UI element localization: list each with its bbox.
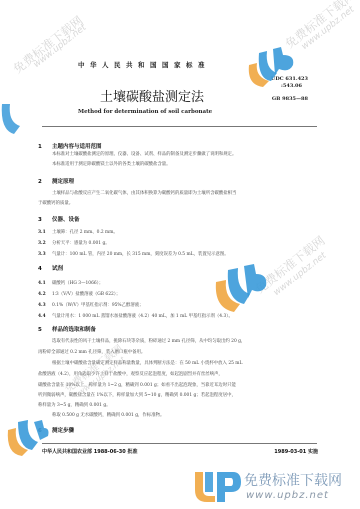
watermark-site-url: www.upbz.net [246,490,329,501]
section-1-heading: 1主题内容与适用范围 [38,142,102,150]
section-5-para: 盐酸溶液（4.2），用角匙取少许土样于盐酸中，观察反应起泡程度，如起泡剧烈并有丝… [38,373,223,377]
gb-number: GB 9835—88 [272,96,308,102]
up-logo-icon [193,468,243,504]
list-item: 4.30.1%（W/V）甲基红指示剂：95%乙醇溶液； [38,302,144,308]
list-item: 3.3气量计：100 mL 管，内径 20 mm，长 315 mm，刻度误差为 … [38,251,229,257]
list-item: 4.1碳酸钙（HG 3—1066）； [38,280,103,286]
section-5-para: 选取有代表性的风干土壤样品，挑除石块等杂质，粉碎通过 2 mm 孔径筛，从中均匀… [52,340,245,344]
document-page: 中华人民共和国国家标准 土壤碳酸盐测定法 Method for determin… [0,0,360,509]
list-item: 3.2分析天平：感量为 0.001 g。 [38,240,110,246]
up-logo-icon [0,100,24,140]
document-title-cn: 土壤碳酸盐测定法 [100,86,204,105]
section-5-para: 称取 0.500 g 无水碳酸钙，精确到 0.001 g，作标准物。 [52,414,164,418]
approval-info: 中华人民共和国农业部 1988-06-30 批准 [42,448,137,455]
section-5-para: 听到微弱响声，碳酸盐含量在 1%以下，称样量加大到 5~10 g，精确到 0.0… [38,394,236,398]
footer-divider [42,443,317,444]
document-title-en: Method for determination of soil carbona… [78,109,212,115]
section-5-para: 称样量为 3~5 g，精确到 0.001 g。 [38,404,111,408]
section-1-para: 本标准对土壤碳酸盐测定的原理、仪器、设备、试剂、样品的制备及测定步骤做了说明和规… [52,153,236,157]
list-item: 3.1土壤筛：孔径 2 mm、0.2 mm。 [38,229,118,235]
up-logo-icon [245,45,297,91]
up-logo-icon [4,420,50,460]
section-5-para: 再粉碎全部通过 0.2 mm 孔径筛，装入磨口瓶中备用。 [38,351,145,355]
section-5-heading: 5样品的选取和制备 [38,325,96,333]
section-4-heading: 4试剂 [38,264,63,272]
list-item: 4.21∶3（V/V）盐酸溶液（GB 622）； [38,291,120,297]
list-item: 4.4气量计用水：1 000 mL 蒸馏水加盐酸溶液（4.2）40 mL，加 1… [38,313,233,319]
implementation-date: 1989-03-01 实施 [274,448,318,455]
section-2-heading: 2测定原理 [38,177,74,185]
watermark-site-name: 免费标准下载网 [244,470,342,490]
section-2-para: 土壤样品与盐酸反应产生二氧化碳气体，由其体积换算为碳酸钙的质量即为土壤所含碳酸盐… [52,192,236,196]
watermark-site-name: 免费标准下载网 [10,12,87,77]
section-1-para: 本标准适用于测定除碳酸镁土以外的各类土壤的碳酸盐含量。 [52,163,171,167]
section-5-para: 根据土壤中碳酸盐含量确定测定样品称量数量，具体判断方法是：在 50 mL 小烧杯… [52,362,242,366]
up-logo-icon [210,260,270,320]
section-2-para: 于碳酸钙的质量。 [38,202,73,206]
national-standard-label: 中华人民共和国国家标准 [78,60,210,69]
section-3-heading: 3仪器、设备 [38,215,80,223]
header-divider [42,126,317,127]
